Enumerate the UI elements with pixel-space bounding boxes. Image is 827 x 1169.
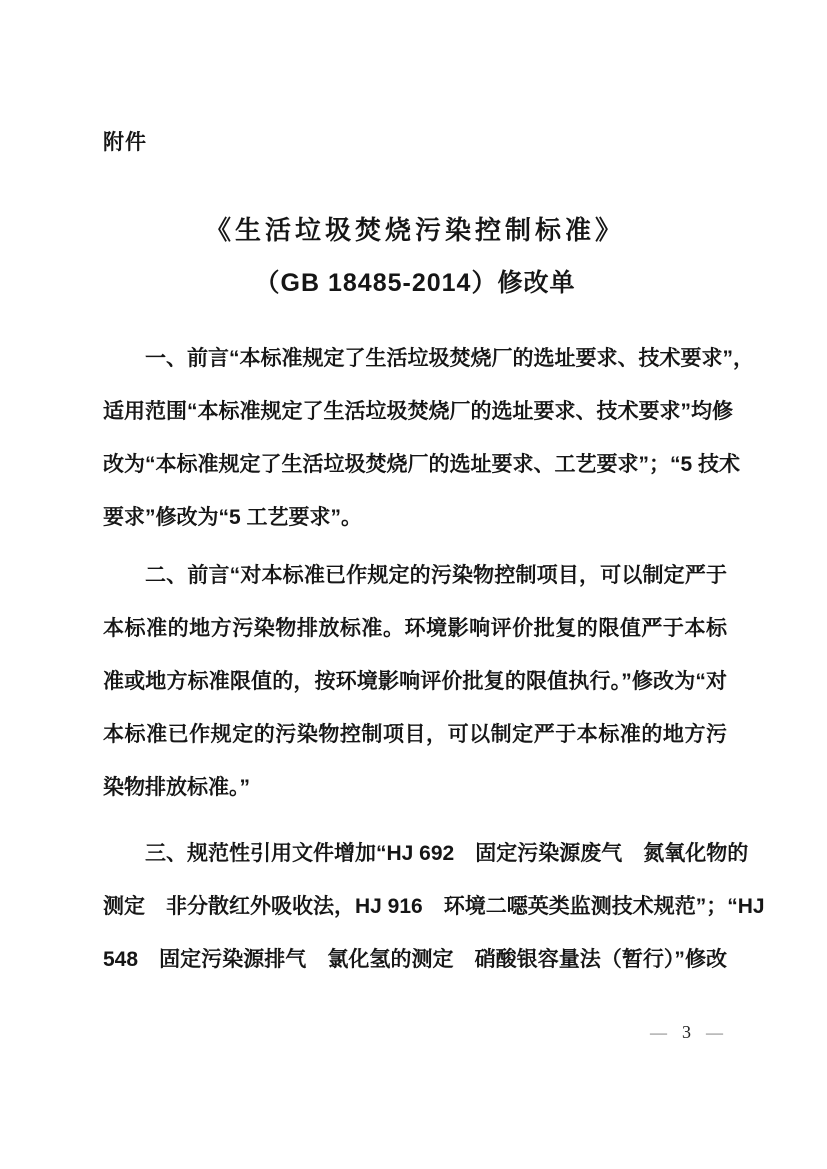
body-line: 要求”修改为“5 工艺要求”。 — [103, 491, 727, 544]
document-page: 附件 《生活垃圾焚烧污染控制标准》 （GB 18485-2014）修改单 一、前… — [0, 0, 827, 1169]
body-line: 二、前言“对本标准已作规定的污染物控制项目，可以制定严于 — [103, 549, 727, 602]
body-line: 三、规范性引用文件增加“HJ 692 固定污染源废气 氮氧化物的 — [103, 827, 727, 880]
body-line: 改为“本标准规定了生活垃圾焚烧厂的选址要求、工艺要求”；“5 技术 — [103, 438, 727, 491]
body-line: 本标准已作规定的污染物控制项目，可以制定严于本标准的地方污 — [103, 708, 727, 761]
body-line: 染物排放标准。” — [103, 761, 727, 814]
page-number: —3— — [650, 1022, 723, 1043]
paragraph-3: 三、规范性引用文件增加“HJ 692 固定污染源废气 氮氧化物的 测定 非分散红… — [103, 827, 727, 986]
page-number-value: 3 — [682, 1022, 691, 1042]
document-title-line1: 《生活垃圾焚烧污染控制标准》 — [103, 210, 727, 247]
document-body: 一、前言“本标准规定了生活垃圾焚烧厂的选址要求、技术要求”， 适用范围“本标准规… — [103, 332, 727, 986]
attachment-label: 附件 — [103, 126, 147, 156]
page-number-dash-left: — — [650, 1023, 667, 1042]
body-line: 本标准的地方污染物排放标准。环境影响评价批复的限值严于本标 — [103, 602, 727, 655]
body-line: 适用范围“本标准规定了生活垃圾焚烧厂的选址要求、技术要求”均修 — [103, 385, 727, 438]
body-line: 一、前言“本标准规定了生活垃圾焚烧厂的选址要求、技术要求”， — [103, 332, 727, 385]
body-line: 548 固定污染源排气 氯化氢的测定 硝酸银容量法（暂行）”修改 — [103, 933, 727, 986]
document-title: 《生活垃圾焚烧污染控制标准》 （GB 18485-2014）修改单 — [103, 210, 727, 299]
body-line: 测定 非分散红外吸收法，HJ 916 环境二噁英类监测技术规范”；“HJ — [103, 880, 727, 933]
paragraph-1: 一、前言“本标准规定了生活垃圾焚烧厂的选址要求、技术要求”， 适用范围“本标准规… — [103, 332, 727, 544]
paragraph-2: 二、前言“对本标准已作规定的污染物控制项目，可以制定严于 本标准的地方污染物排放… — [103, 549, 727, 814]
body-line: 准或地方标准限值的，按环境影响评价批复的限值执行。”修改为“对 — [103, 655, 727, 708]
document-title-line2: （GB 18485-2014）修改单 — [103, 263, 727, 299]
page-number-dash-right: — — [706, 1023, 723, 1042]
